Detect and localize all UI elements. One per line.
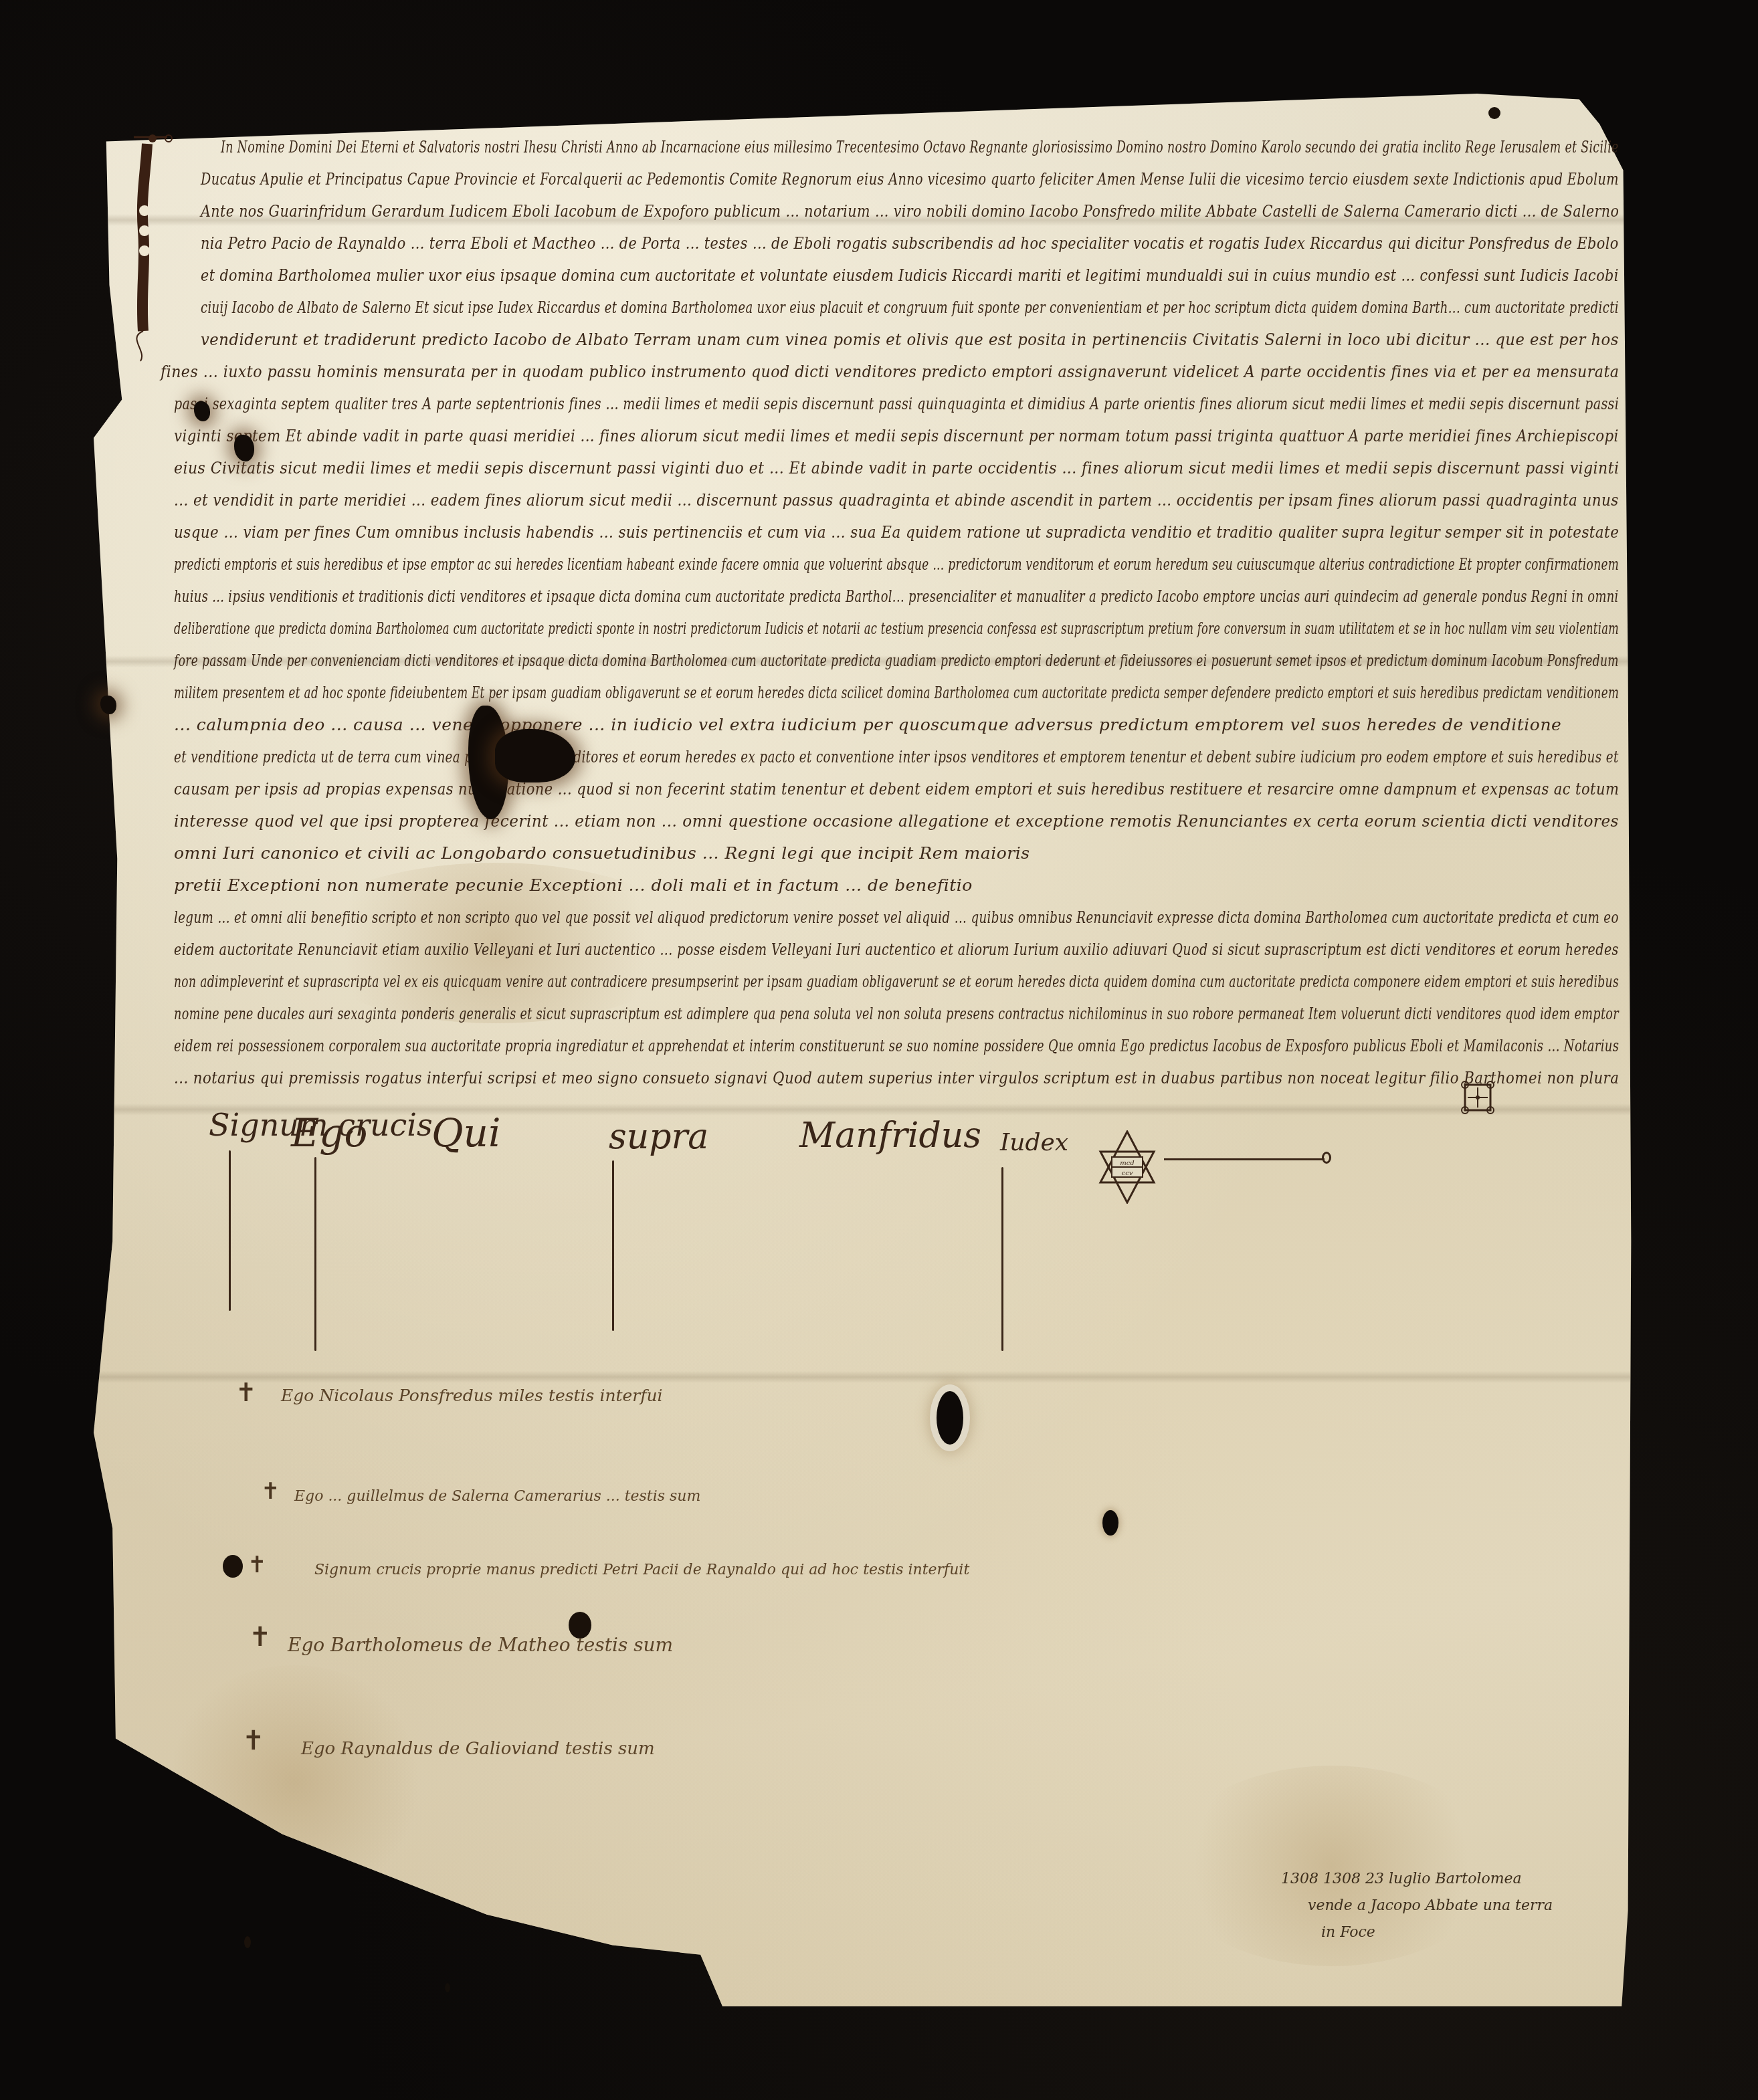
- text-line: ... notarius qui premissis rogatus inter…: [174, 1068, 1619, 1087]
- signature-stem: [314, 1157, 316, 1351]
- text-line: viginti septem Et abinde vadit in parte …: [174, 426, 1619, 445]
- notary-signum-icon: [1458, 1078, 1497, 1117]
- witness-cross-icon: ✝: [242, 1725, 265, 1756]
- archival-note-line: in Foce: [1281, 1919, 1629, 1946]
- signature-stem: [1001, 1167, 1003, 1351]
- text-line: interesse quod vel que ipsi propterea fe…: [174, 811, 1619, 831]
- witness-subscription: Ego Nicolaus Ponsfredus miles testis int…: [281, 1386, 663, 1405]
- text-line: pretii Exceptioni non numerate pecunie E…: [174, 875, 973, 895]
- fold-crease: [94, 1371, 1666, 1383]
- witness-cross-icon: ✝: [248, 1552, 267, 1578]
- ink-blot: [244, 1936, 251, 1948]
- burn-damage: [100, 696, 116, 714]
- text-line: huius ... ipsius venditionis et traditio…: [174, 587, 1619, 606]
- svg-text:mcd: mcd: [1120, 1160, 1134, 1167]
- text-line: ... et vendidit in parte meridiei ... ea…: [174, 490, 1619, 510]
- text-line: nia Petro Pacio de Raynaldo ... terra Eb…: [201, 233, 1619, 253]
- text-line: nomine pene ducales auri sexaginta ponde…: [174, 1004, 1619, 1023]
- notary-hexagram-sign-icon: mcd ccv: [1097, 1130, 1157, 1204]
- text-line: non adimpleverint et suprascripta vel ex…: [174, 972, 1619, 991]
- text-line: predicti emptoris et suis heredibus et i…: [174, 554, 1619, 574]
- svg-text:ccv: ccv: [1122, 1170, 1133, 1177]
- text-line: deliberatione que predicta domina Bartho…: [174, 619, 1619, 638]
- ink-blot: [223, 1555, 243, 1578]
- text-line: Ante nos Guarinfridum Gerardum Iudicem E…: [201, 201, 1619, 221]
- witness-subscription: Ego ... guillelmus de Salerna Camerarius…: [294, 1488, 700, 1505]
- decorated-initial-i: [120, 130, 174, 364]
- text-line: eidem auctoritate Renunciavit etiam auxi…: [174, 940, 1619, 959]
- witness-cross-icon: ✝: [261, 1478, 280, 1505]
- witness-subscription: Ego Raynaldus de Galioviand testis sum: [301, 1739, 655, 1759]
- text-line: Ducatus Apulie et Principatus Capue Prov…: [201, 169, 1619, 189]
- text-line: legum ... et omni alii benefitio scripto…: [174, 908, 1619, 927]
- witness-cross-icon: ✝: [235, 1378, 257, 1407]
- witness-subscription: Ego Bartholomeus de Matheo testis sum: [288, 1634, 673, 1656]
- parchment-hole: [937, 1391, 963, 1445]
- archival-note: 1308 1308 23 luglio Bartolomea vende a J…: [1281, 1866, 1629, 1946]
- text-line: et domina Bartholomea mulier uxor eius i…: [201, 266, 1619, 285]
- text-line: passi sexaginta septem qualiter tres A p…: [174, 394, 1619, 413]
- text-line: In Nomine Domini Dei Eterni et Salvatori…: [221, 137, 1619, 156]
- ink-blot: [445, 1983, 450, 1992]
- signature-supra: supra: [609, 1117, 708, 1157]
- text-line: ciuij Iacobo de Albato de Salerno Et sic…: [201, 298, 1619, 317]
- signature-ego: Ego: [291, 1110, 367, 1156]
- text-line: fore passam Unde per convenienciam dicti…: [174, 651, 1619, 670]
- text-line: ... calumpnia deo ... causa ... venerit …: [174, 715, 1561, 734]
- signature-stem: [229, 1150, 231, 1311]
- ink-blot: [1488, 107, 1500, 119]
- archival-note-line: vende a Jacopo Abbate una terra: [1281, 1893, 1629, 1919]
- signature-manfridus: Manfridus: [799, 1116, 981, 1156]
- text-line: fines ... iuxto passu hominis mensurata …: [161, 362, 1619, 381]
- parchment-hole: [1102, 1510, 1118, 1536]
- text-line: vendiderunt et tradiderunt predicto Iaco…: [201, 330, 1619, 349]
- signature-line-loop: [1322, 1152, 1331, 1164]
- witness-cross-icon: ✝: [249, 1622, 272, 1653]
- text-line: et venditione predicta ut de terra cum v…: [174, 747, 1619, 766]
- text-line: causam per ipsis ad propias expensas nul…: [174, 779, 1619, 799]
- text-line: omni Iuri canonico et civili ac Longobar…: [174, 843, 1030, 863]
- witness-subscription: Signum crucis proprie manus predicti Pet…: [314, 1562, 969, 1578]
- burn-damage: [194, 401, 210, 421]
- text-line: usque ... viam per fines Cum omnibus inc…: [174, 522, 1619, 542]
- archival-note-line: 1308 1308 23 luglio Bartolomea: [1281, 1866, 1629, 1893]
- signature-iudex: Iudex: [1000, 1129, 1068, 1156]
- text-line: eidem rei possessionem corporalem sua au…: [174, 1036, 1619, 1055]
- text-line: militem presentem et ad hoc sponte fidei…: [174, 683, 1619, 702]
- signature-stem: [612, 1160, 614, 1331]
- text-line: eius Civitatis sicut medii limes et medi…: [174, 458, 1619, 478]
- signature-line: [1164, 1158, 1325, 1160]
- signature-qui: Qui: [431, 1110, 500, 1156]
